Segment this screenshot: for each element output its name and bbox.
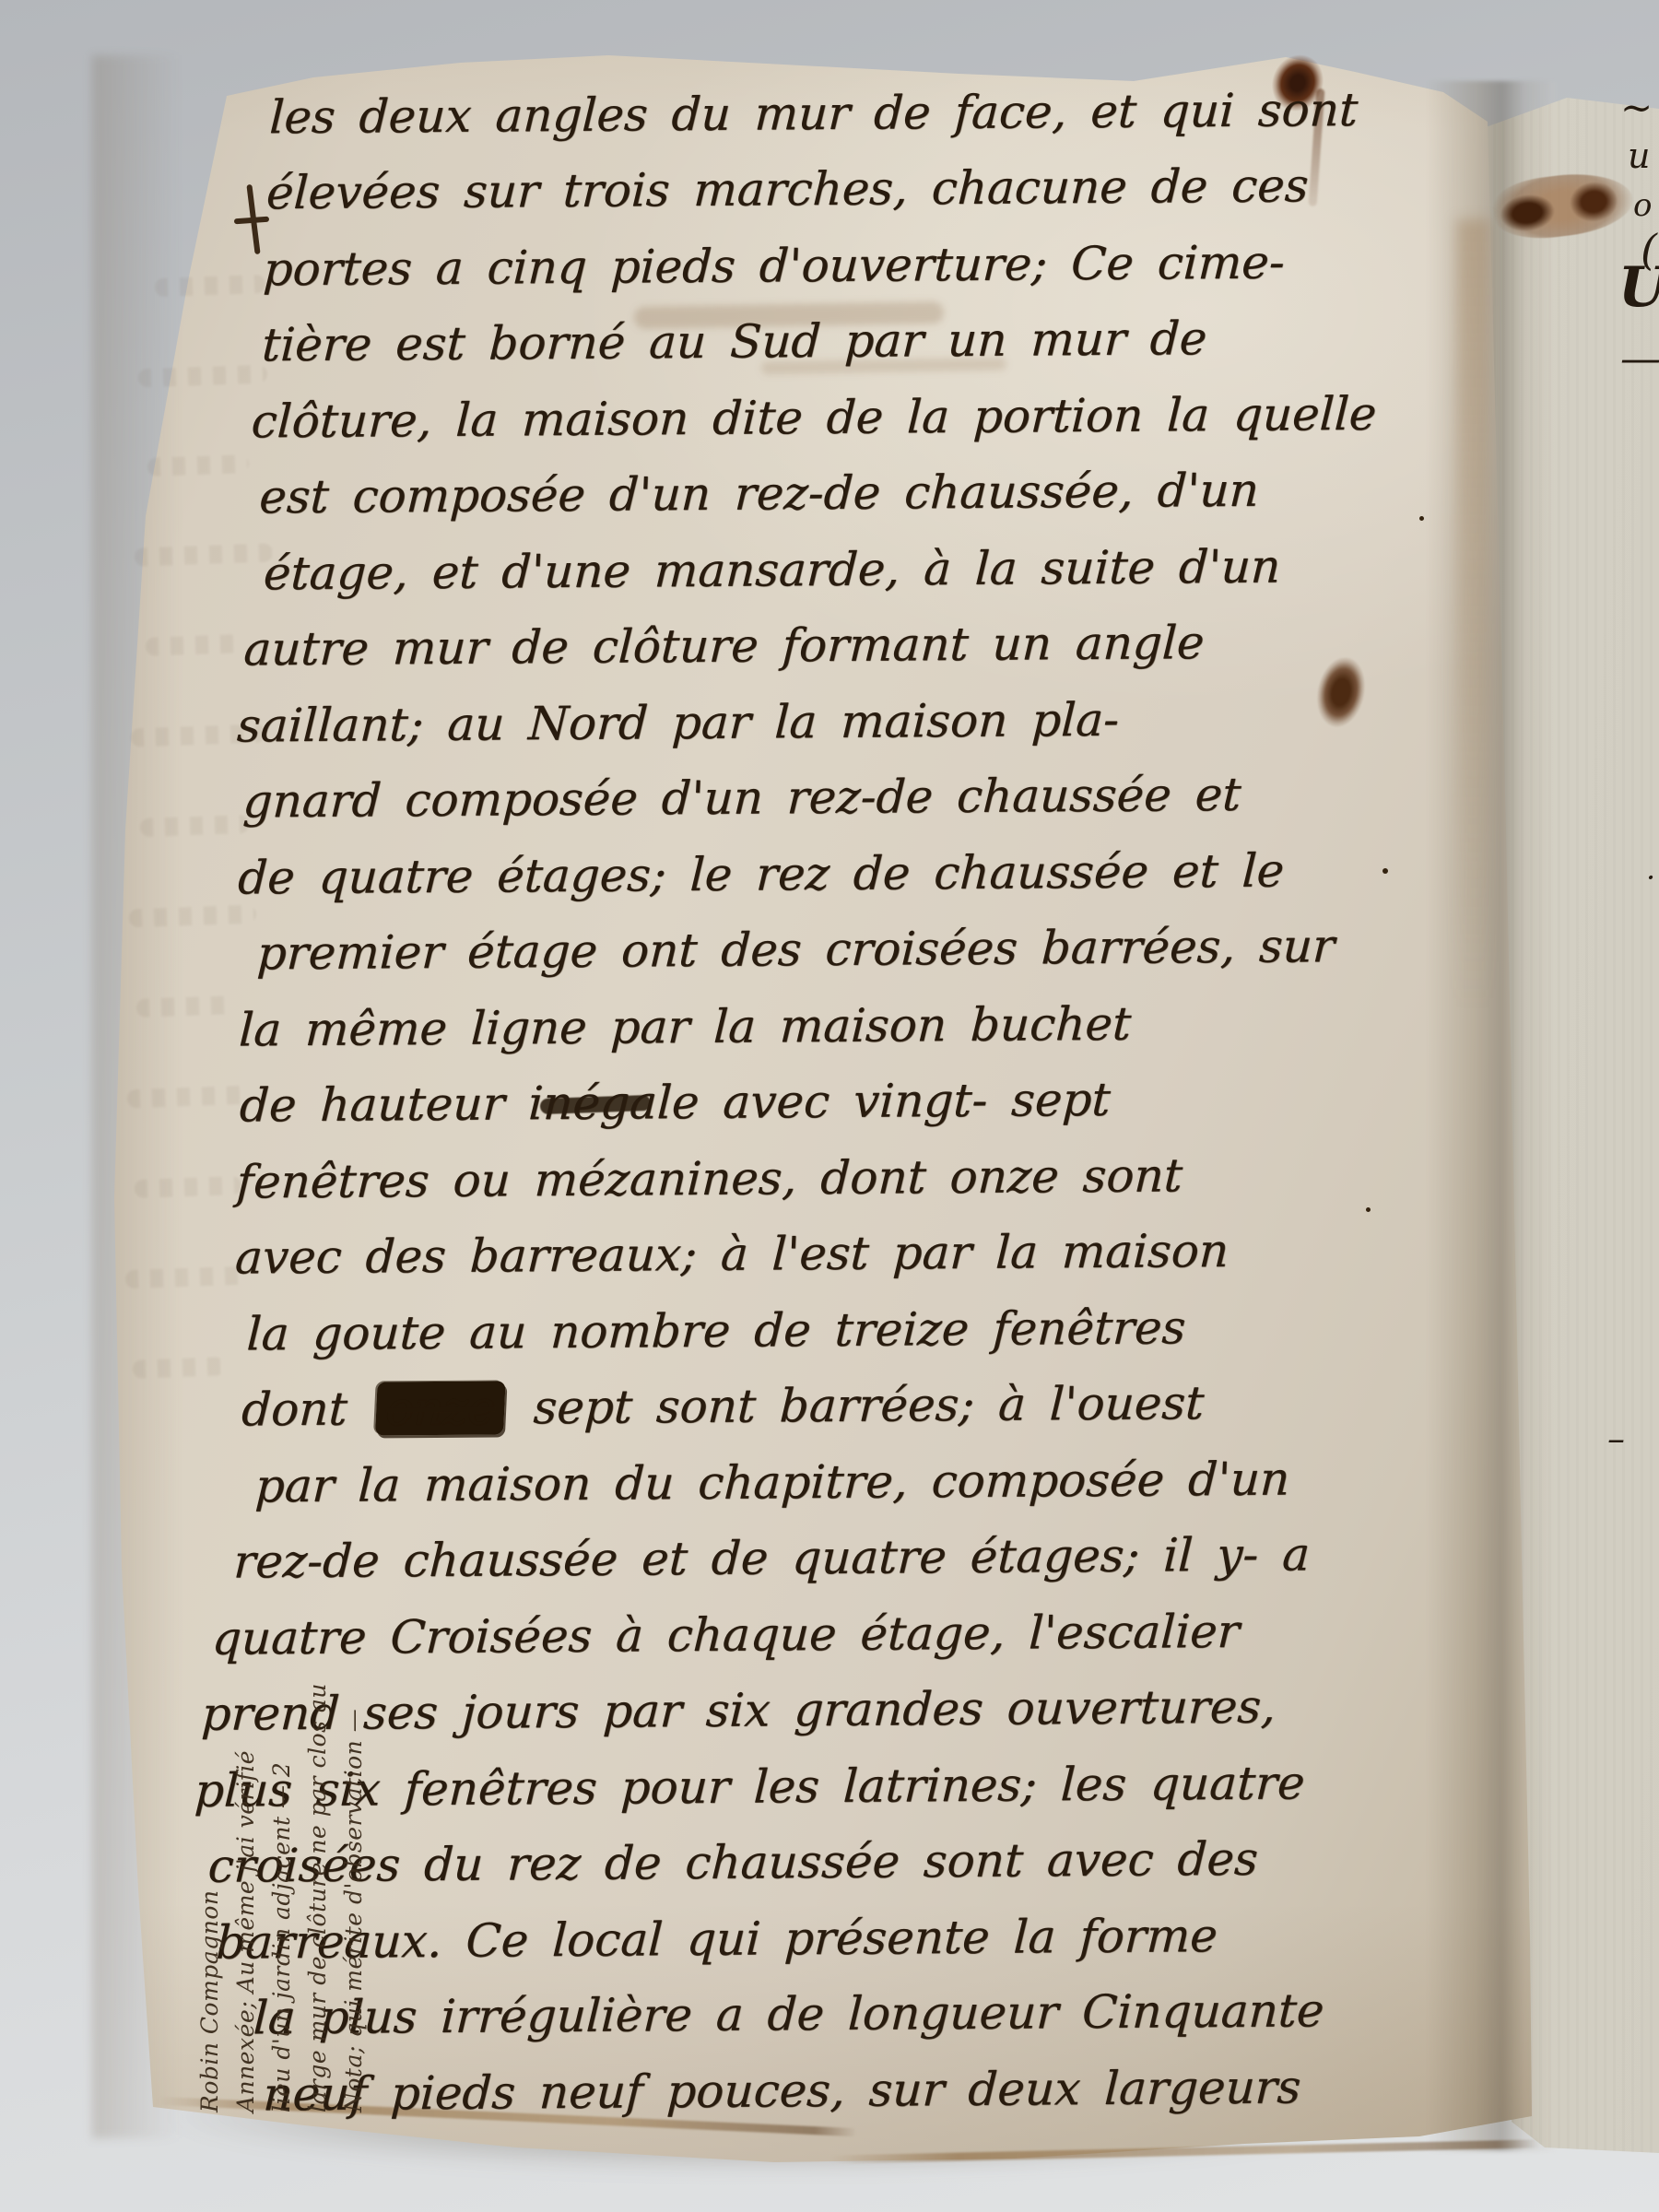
cut-off-glyph-fragment: ~ <box>1620 88 1653 127</box>
manuscript-line: par la maison du chapitre, composée d'un <box>254 1454 1291 1512</box>
margin-note-line: Annexée; Au même j'ai vérifié <box>228 1426 264 2112</box>
manuscript-line: la goute au nombre de treize fenêtres <box>245 1302 1186 1359</box>
cut-off-glyph-fragment: — <box>1620 339 1659 380</box>
manuscript-line: saillant; au Nord par la maison pla- <box>236 695 1120 752</box>
struck-out-word: onze <box>375 1381 505 1435</box>
margin-note-line: lieu d'un jardin adjacent — 2 <box>264 1426 300 2112</box>
cut-off-glyph-fragment: U <box>1618 260 1659 315</box>
manuscript-line: de hauteur inégale avec vingt- sept <box>239 1075 1112 1132</box>
margin-note-line: Robin Compagnon <box>192 1426 228 2112</box>
manuscript-line: est composée d'un rez-de chaussée, d'un <box>258 465 1260 524</box>
manuscript-line: les deux angles du mur de face, et qui s… <box>268 85 1359 143</box>
photo-of-manuscript: { "page": { "lines": [ "les deux angles … <box>0 0 1659 2212</box>
manuscript-line: rez-de chaussée et de quatre étages; il … <box>232 1529 1311 1587</box>
manuscript-line: premier étage ont des croisées barrées, … <box>256 921 1336 979</box>
manuscript-line: autre mur de clôture formant un angle <box>242 618 1205 675</box>
cut-off-glyph-fragment: – <box>1607 1421 1625 1456</box>
manuscript-line: avec des barreaux; à l'est par la maison <box>234 1226 1230 1284</box>
margin-note-line: large mur de clôture ne par clos au <box>300 1426 335 2112</box>
manuscript-line: gnard composée d'un rez-de chaussée et <box>241 770 1241 828</box>
cut-off-glyph-fragment: u <box>1628 138 1650 173</box>
manuscript-line: étage, et d'une mansarde, à la suite d'u… <box>263 542 1282 600</box>
margin-note-line: Nota; qui mérite d'observation — <box>335 1426 371 2112</box>
manuscript-line: la même ligne par la maison buchet <box>238 999 1132 1056</box>
manuscript-line: fenêtres ou mézanines, dont onze sont <box>235 1150 1183 1207</box>
manuscript-line: de quatre étages; le rez de chaussée et … <box>237 846 1285 904</box>
cut-off-glyph-fragment: o <box>1633 190 1652 221</box>
cut-off-glyph-fragment: · <box>1646 863 1655 892</box>
manuscript-line: élevées sur trois marches, chacune de ce… <box>265 160 1310 218</box>
line-segment: sept sont barrées; à l'ouest <box>532 1376 1205 1434</box>
manuscript-line: clôture, la maison dite de la portion la… <box>251 389 1378 448</box>
manuscript-line-with-strikeout: dont onze sept sont barrées; à l'ouest <box>241 1378 1205 1435</box>
rotated-margin-note: Robin Compagnon Annexée; Au même j'ai vé… <box>192 1426 374 2112</box>
manuscript-line: neuf pieds neuf pouces, sur deux largeur… <box>262 2062 1301 2120</box>
manuscript-line: portes a cinq pieds d'ouverture; Ce cime… <box>262 238 1286 296</box>
manuscript-line: la plus irrégulière a de longueur Cinqua… <box>253 1985 1325 2043</box>
manuscript-line: tière est borné au Sud par un mur de <box>261 313 1208 371</box>
